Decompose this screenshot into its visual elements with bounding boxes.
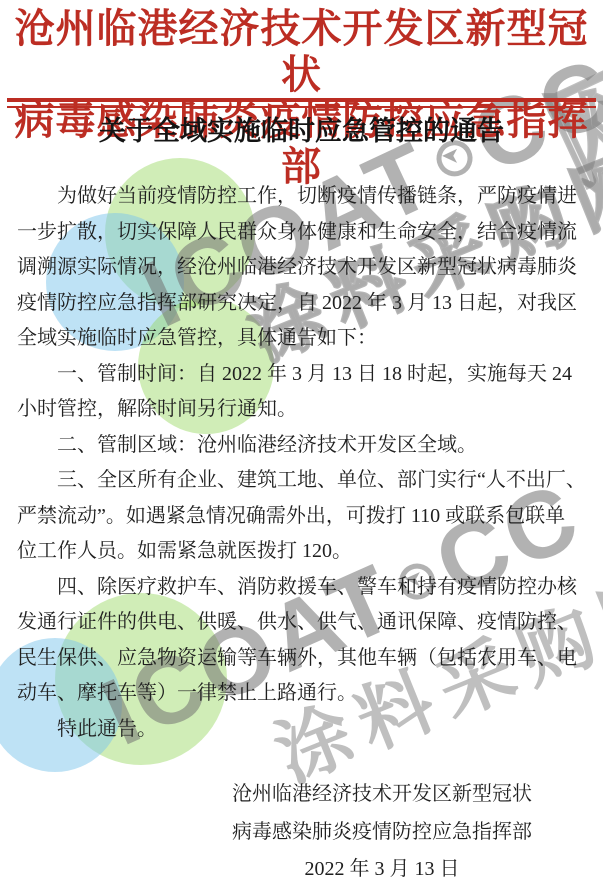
body-line: 调溯源实际情况，经沧州临港经济技术开发区新型冠状病毒肺炎 (17, 250, 588, 286)
paragraph: 三、全区所有企业、建筑工地、单位、部门实行“人不出厂、 严禁流动”。如遇紧急情况… (17, 463, 588, 570)
body-line: 四、除医疗救护车、消防救援车、警车和持有疫情防控办核 (17, 570, 588, 606)
body-line: 发通行证件的供电、供暖、供水、供气、通讯保障、疫情防控、 (17, 605, 588, 641)
body-line: 三、全区所有企业、建筑工地、单位、部门实行“人不出厂、 (17, 463, 588, 499)
notice-page: ICOAT ➤ CC 涂料采购网 ICOAT ➤ CC 涂料采购网 网 沧州临港… (0, 0, 603, 885)
body-line: 全域实施临时应急管控，具体通告如下： (17, 321, 588, 357)
body-line: 小时管控，解除时间另行通知。 (17, 392, 588, 428)
body-line: 动车、摩托车等）一律禁止上路通行。 (17, 676, 588, 712)
body-line: 严禁流动”。如遇紧急情况确需外出，可拨打 110 或联系包联单 (17, 499, 588, 535)
notice-subtitle: 关于全域实施临时应急管控的通告 (0, 112, 603, 150)
title-line: 沧州临港经济技术开发区新型冠状 (0, 6, 603, 98)
body-line: 二、管制区域：沧州临港经济技术开发区全域。 (17, 428, 588, 464)
signature-date: 2022 年 3 月 13 日 (232, 851, 532, 885)
paragraph: 二、管制区域：沧州临港经济技术开发区全域。 (17, 428, 588, 464)
body-line: 特此通告。 (17, 712, 588, 748)
signature-line: 病毒感染肺炎疫情防控应急指挥部 (232, 814, 532, 852)
notice-body: 为做好当前疫情防控工作，切断疫情传播链条，严防疫情进 一步扩散，切实保障人民群众… (17, 179, 588, 747)
body-line: 一、管制时间：自 2022 年 3 月 13 日 18 时起，实施每天 24 (17, 357, 588, 393)
paragraph: 为做好当前疫情防控工作，切断疫情传播链条，严防疫情进 一步扩散，切实保障人民群众… (17, 179, 588, 357)
body-line: 民生保供、应急物资运输等车辆外，其他车辆（包括农用车、电 (17, 641, 588, 677)
body-line: 为做好当前疫情防控工作，切断疫情传播链条，严防疫情进 (17, 179, 588, 215)
paragraph: 特此通告。 (17, 712, 588, 748)
paragraph: 四、除医疗救护车、消防救援车、警车和持有疫情防控办核 发通行证件的供电、供暖、供… (17, 570, 588, 712)
body-line: 一步扩散，切实保障人民群众身体健康和生命安全，结合疫情流 (17, 215, 588, 251)
title-underline-rule (7, 98, 596, 108)
body-line: 疫情防控应急指挥部研究决定，自 2022 年 3 月 13 日起，对我区 (17, 286, 588, 322)
paragraph: 一、管制时间：自 2022 年 3 月 13 日 18 时起，实施每天 24 小… (17, 357, 588, 428)
signature-line: 沧州临港经济技术开发区新型冠状 (232, 776, 532, 814)
signature-block: 沧州临港经济技术开发区新型冠状 病毒感染肺炎疫情防控应急指挥部 2022 年 3… (232, 776, 532, 885)
notice-content: 沧州临港经济技术开发区新型冠状 病毒感染肺炎疫情防控应急指挥部 关于全域实施临时… (0, 0, 603, 885)
body-line: 位工作人员。如需紧急就医拨打 120。 (17, 534, 588, 570)
